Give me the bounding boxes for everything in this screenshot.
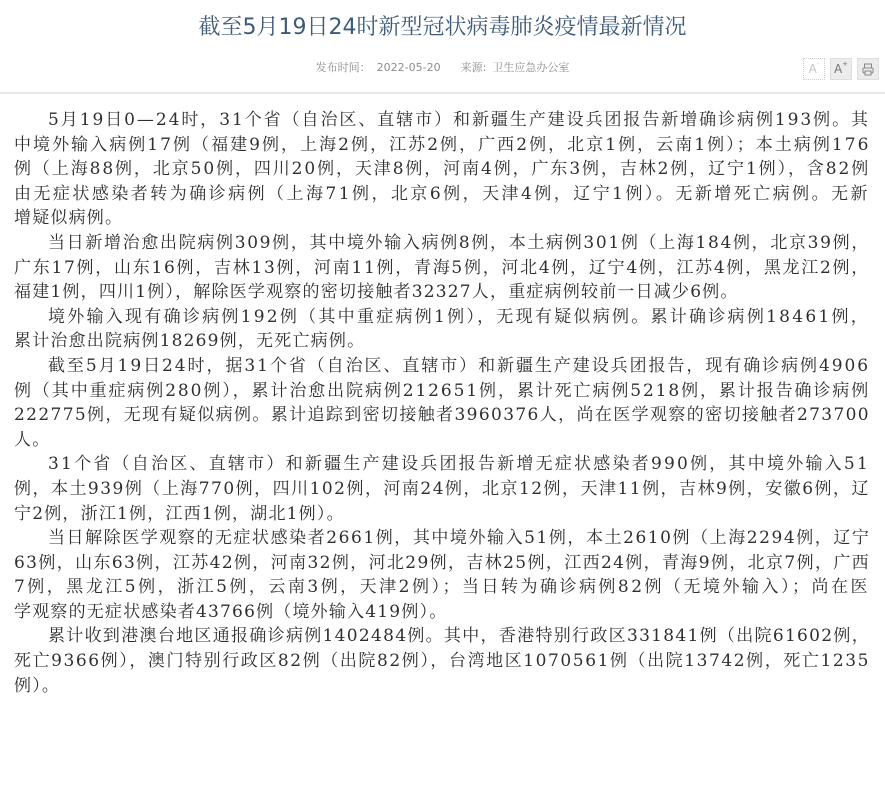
article-paragraph: 当日解除医学观察的无症状感染者2661例，其中境外输入51例，本土2610例（上…: [14, 526, 870, 624]
paragraph-line: 宁2例，浙江1例，江西1例，湖北1例）。: [14, 502, 870, 527]
publish-date: 2022-05-20: [377, 61, 441, 74]
font-increase-icon: A+: [834, 62, 848, 76]
paragraph-line: 当日新增治愈出院病例309例，其中境外输入病例8例，本土病例301例（上海184…: [14, 231, 870, 256]
paragraph-line: 广东17例，山东16例，吉林13例，河南11例，青海5例，河北4例，辽宁4例，江…: [14, 256, 870, 281]
article-header: 截至5月19日24时新型冠状病毒肺炎疫情最新情况 发布时间：2022-05-20…: [0, 0, 885, 94]
paragraph-line: 7例，黑龙江5例，浙江5例，云南3例，天津2例）；当日转为确诊病例82例（无境外…: [14, 575, 870, 600]
source-label: 来源:: [461, 61, 487, 74]
publish-label: 发布时间：: [316, 61, 371, 74]
paragraph-line: 当日解除医学观察的无症状感染者2661例，其中境外输入51例，本土2610例（上…: [14, 526, 870, 551]
font-decrease-icon: A-: [809, 62, 820, 76]
paragraph-line: 例（其中重症病例280例），累计治愈出院病例212651例，累计死亡病例5218…: [14, 379, 870, 404]
article-paragraph: 当日新增治愈出院病例309例，其中境外输入病例8例，本土病例301例（上海184…: [14, 231, 870, 305]
article-paragraph: 累计收到港澳台地区通报确诊病例1402484例。其中，香港特别行政区331841…: [14, 624, 870, 698]
article-meta: 发布时间：2022-05-20 来源:卫生应急办公室: [0, 60, 885, 76]
font-decrease-button[interactable]: A-: [803, 58, 825, 80]
paragraph-line: 例（上海88例，北京50例，四川20例，天津8例，河南4例，广东3例，吉林2例，…: [14, 157, 870, 182]
source-name: 卫生应急办公室: [492, 61, 569, 74]
paragraph-line: 222775例，无现有疑似病例。累计追踪到密切接触者3960376人，尚在医学观…: [14, 403, 870, 428]
article-title: 截至5月19日24时新型冠状病毒肺炎疫情最新情况: [0, 12, 885, 44]
paragraph-line: 例，本土939例（上海770例，四川102例，河南24例，北京12例，天津11例…: [14, 477, 870, 502]
header-divider: [0, 92, 885, 94]
article-tools: A- A+: [803, 58, 879, 80]
paragraph-line: 例）。: [14, 674, 870, 699]
paragraph-line: 死亡9366例），澳门特别行政区82例（出院82例），台湾地区1070561例（…: [14, 649, 870, 674]
article-body: 5月19日0—24时，31个省（自治区、直辖市）和新疆生产建设兵团报告新增确诊病…: [14, 108, 870, 698]
paragraph-line: 63例，山东63例，江苏42例，河南32例，河北29例，吉林25例，江西24例，…: [14, 551, 870, 576]
paragraph-line: 中境外输入病例17例（福建9例，上海2例，江苏2例，广西2例，北京1例，云南1例…: [14, 133, 870, 158]
article-paragraph: 5月19日0—24时，31个省（自治区、直辖市）和新疆生产建设兵团报告新增确诊病…: [14, 108, 870, 231]
paragraph-line: 福建1例，四川1例），解除医学观察的密切接触者32327人，重症病例较前一日减少…: [14, 280, 870, 305]
paragraph-line: 增疑似病例。: [14, 206, 870, 231]
print-icon: [862, 63, 874, 76]
paragraph-line: 截至5月19日24时，据31个省（自治区、直辖市）和新疆生产建设兵团报告，现有确…: [14, 354, 870, 379]
article-paragraph: 31个省（自治区、直辖市）和新疆生产建设兵团报告新增无症状感染者990例，其中境…: [14, 452, 870, 526]
paragraph-line: 人。: [14, 428, 870, 453]
paragraph-line: 境外输入现有确诊病例192例（其中重症病例1例），无现有疑似病例。累计确诊病例1…: [14, 305, 870, 330]
paragraph-line: 累计治愈出院病例18269例，无死亡病例。: [14, 329, 870, 354]
paragraph-line: 累计收到港澳台地区通报确诊病例1402484例。其中，香港特别行政区331841…: [14, 624, 870, 649]
article-paragraph: 截至5月19日24时，据31个省（自治区、直辖市）和新疆生产建设兵团报告，现有确…: [14, 354, 870, 452]
paragraph-line: 31个省（自治区、直辖市）和新疆生产建设兵团报告新增无症状感染者990例，其中境…: [14, 452, 870, 477]
paragraph-line: 由无症状感染者转为确诊病例（上海71例，北京6例，天津4例，辽宁1例）。无新增死…: [14, 182, 870, 207]
font-increase-button[interactable]: A+: [830, 58, 852, 80]
article-paragraph: 境外输入现有确诊病例192例（其中重症病例1例），无现有疑似病例。累计确诊病例1…: [14, 305, 870, 354]
print-button[interactable]: [857, 58, 879, 80]
paragraph-line: 学观察的无症状感染者43766例（境外输入419例）。: [14, 600, 870, 625]
paragraph-line: 5月19日0—24时，31个省（自治区、直辖市）和新疆生产建设兵团报告新增确诊病…: [14, 108, 870, 133]
